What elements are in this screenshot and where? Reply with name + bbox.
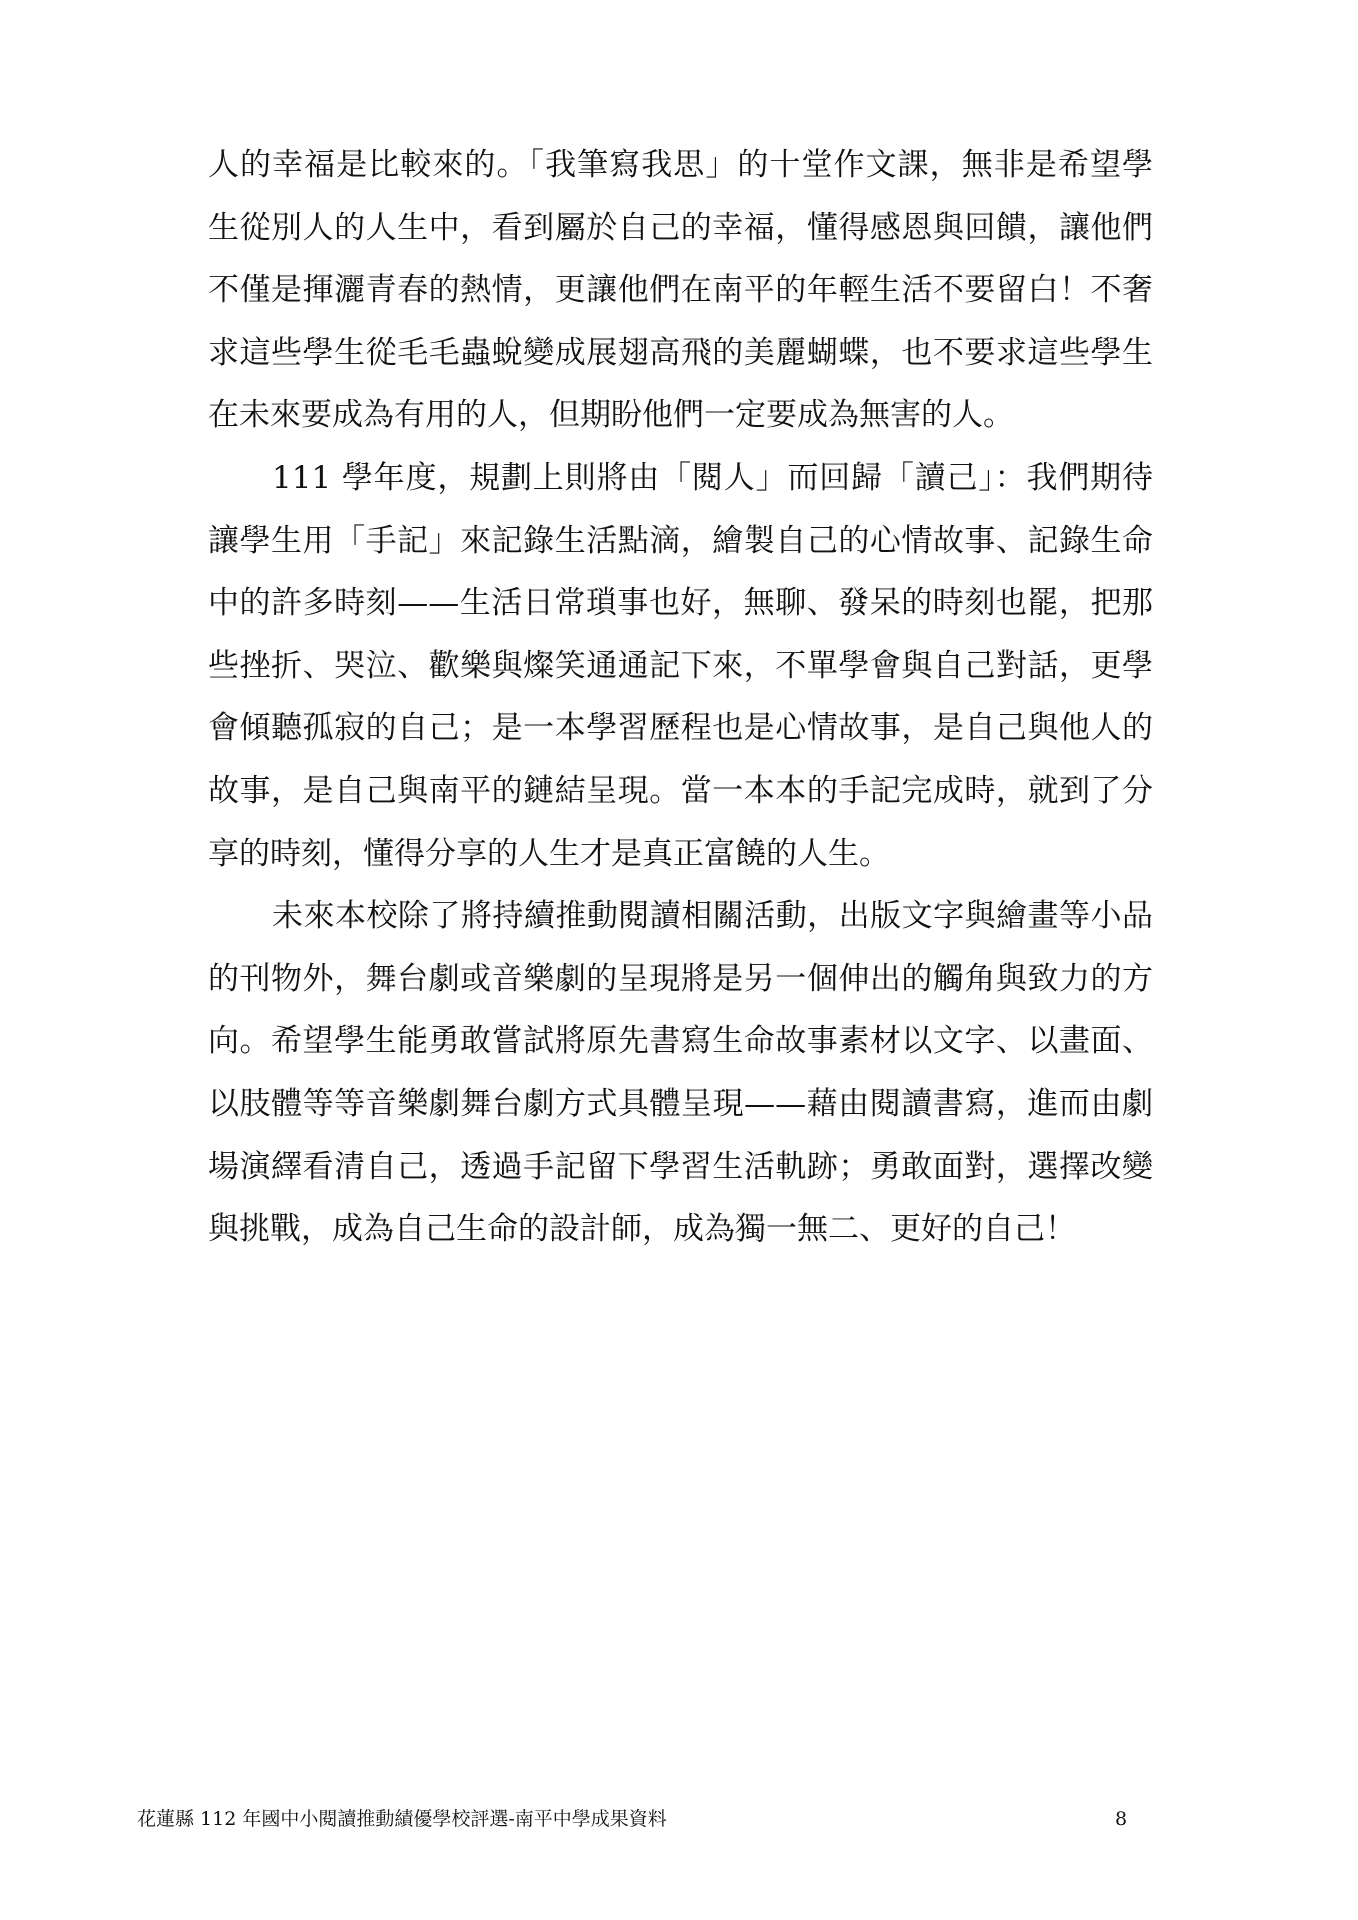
- text-line: 不僅是揮灑青春的熱情，更讓他們在南平的年輕生活不要留白！不奢: [208, 259, 1153, 322]
- text-line: 享的時刻，懂得分享的人生才是真正富饒的人生。: [208, 823, 1153, 886]
- paragraph-3: 未來本校除了將持續推動閱讀相關活動，出版文字與繪畫等小品 的刊物外，舞台劇或音樂…: [208, 885, 1153, 1261]
- text-line: 些挫折、哭泣、歡樂與燦笑通通記下來，不單學會與自己對話，更學: [208, 635, 1153, 698]
- text-line: 與挑戰，成為自己生命的設計師，成為獨一無二、更好的自己！: [208, 1198, 1153, 1261]
- text-line: 求這些學生從毛毛蟲蛻變成展翅高飛的美麗蝴蝶，也不要求這些學生: [208, 322, 1153, 385]
- text-line: 向。希望學生能勇敢嘗試將原先書寫生命故事素材以文字、以畫面、: [208, 1010, 1153, 1073]
- text-line: 人的幸福是比較來的。「我筆寫我思」的十堂作文課，無非是希望學: [208, 134, 1153, 197]
- footer-title: 花蓮縣 112 年國中小閱讀推動績優學校評選-南平中學成果資料: [137, 1806, 667, 1832]
- text-line: 讓學生用「手記」來記錄生活點滴，繪製自己的心情故事、記錄生命: [208, 510, 1153, 573]
- document-page: 人的幸福是比較來的。「我筆寫我思」的十堂作文課，無非是希望學 生從別人的人生中，…: [0, 0, 1358, 1920]
- text-line: 故事，是自己與南平的鏈結呈現。當一本本的手記完成時，就到了分: [208, 760, 1153, 823]
- body-text: 人的幸福是比較來的。「我筆寫我思」的十堂作文課，無非是希望學 生從別人的人生中，…: [208, 134, 1153, 1261]
- page-number: 8: [1115, 1806, 1127, 1832]
- text-line: 的刊物外，舞台劇或音樂劇的呈現將是另一個伸出的觸角與致力的方: [208, 948, 1153, 1011]
- paragraph-1: 人的幸福是比較來的。「我筆寫我思」的十堂作文課，無非是希望學 生從別人的人生中，…: [208, 134, 1153, 447]
- text-line: 中的許多時刻——生活日常瑣事也好，無聊、發呆的時刻也罷，把那: [208, 572, 1153, 635]
- page-footer: 花蓮縣 112 年國中小閱讀推動績優學校評選-南平中學成果資料 8: [137, 1806, 1137, 1832]
- text-line: 場演繹看清自己，透過手記留下學習生活軌跡；勇敢面對，選擇改變: [208, 1136, 1153, 1199]
- text-line: 未來本校除了將持續推動閱讀相關活動，出版文字與繪畫等小品: [208, 885, 1153, 948]
- text-line: 以肢體等等音樂劇舞台劇方式具體呈現——藉由閱讀書寫，進而由劇: [208, 1073, 1153, 1136]
- paragraph-2: 111 學年度，規劃上則將由「閱人」而回歸「讀己」：我們期待 讓學生用「手記」來…: [208, 447, 1153, 885]
- text-line: 會傾聽孤寂的自己；是一本學習歷程也是心情故事，是自己與他人的: [208, 697, 1153, 760]
- text-line: 生從別人的人生中，看到屬於自己的幸福，懂得感恩與回饋，讓他們: [208, 197, 1153, 260]
- text-line: 在未來要成為有用的人，但期盼他們一定要成為無害的人。: [208, 384, 1153, 447]
- text-line: 111 學年度，規劃上則將由「閱人」而回歸「讀己」：我們期待: [208, 447, 1153, 510]
